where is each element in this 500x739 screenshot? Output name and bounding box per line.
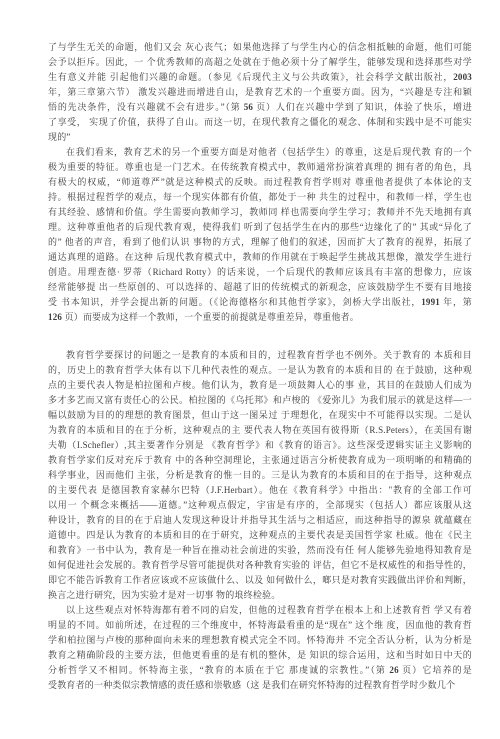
text-line: 即它不能告诉教育工作者应该或不应该做什么、以及 如何做什么，啷只是对教育实践做出… xyxy=(48,573,472,588)
latin-name: J.F.Herbart xyxy=(211,485,253,495)
text-line: 了与学生无关的命题，他们又会 灰心丧气；如果他选择了与学生内心的信念相抵触的命题… xyxy=(48,40,472,55)
page-number-reference: 2003 xyxy=(453,72,472,82)
text-line: 126 页）而要成为这样一个教师，一个重要的前提就是尊重差异，尊重他者。 xyxy=(48,310,472,325)
document-page: 了与学生无关的命题，他们又会 灰心丧气；如果他选择了与学生内心的信念相抵触的命题… xyxy=(0,0,500,739)
text-line: 换言之进行研究，因为实验才是对一切事 物的埌终检验。 xyxy=(48,588,472,603)
text-line: 夫勒（I.Schefler）,其主要著作分别是 《教育哲学》和《教育的语言》。这… xyxy=(48,438,472,453)
text-line: 在我们看来，教育艺术的另一个重要方面是对他者（包括学生）的尊重，这是后现代教 育… xyxy=(48,145,472,160)
text-line: 极为重要的特征。尊重也是一门艺术。在传统教育模式中，教师通常扮演着真理的 拥有者… xyxy=(48,160,472,175)
text-line: 分析哲学又不相同。怀特海主张，“教育的本质在于它 那虔诚的宗教性。”（第 26 … xyxy=(48,663,472,678)
text-line: 有极大的权威，“师道尊严”就是这种模式的反映。而过程教育哲学则对 尊重他者提供了… xyxy=(48,175,472,190)
text-line: 持。根据过程哲学的观点，每一个现实体都有价值，都处于一种 共生的过程中，和教师一… xyxy=(48,190,472,205)
text-line: 生有意义并能 引起他们兴趣的命题。（参见《后现代主义与公共政策》，社会科学文献出… xyxy=(48,70,472,85)
paragraph: 以上这些观点对怀特海都有着不同的启发，但他的过程教育哲学在根本上和上述教育哲 学… xyxy=(48,603,472,693)
paragraph: 了与学生无关的命题，他们又会 灰心丧气；如果他选择了与学生内心的信念相抵触的命题… xyxy=(48,40,472,145)
text-line: 受 书本知识，并学会提出新的问题。（《论海德格尔和其他哲学家》，剑桥大学出版社，… xyxy=(48,295,472,310)
text-line: 创造。用理查德· 罗蒂（Richard Rotty）的话来说，一个后现代的教师应… xyxy=(48,265,472,280)
page-number-reference: 1991 xyxy=(421,297,440,307)
latin-name: Richard Rotty xyxy=(153,267,207,277)
text-line: 通达真理的道路。在这种 后现代教育模式中，教师的作用就在于唤起学生挑战其想像，激… xyxy=(48,250,472,265)
text-line: 受教育者的一种类似宗教情感的责任感和崇敬感（这 是我们在研究怀特海的过程教育哲学… xyxy=(48,678,472,693)
latin-name: I.Schefler xyxy=(77,440,114,450)
text-line: 有其经验、感情和价值。学生需要向教师学习，教师同 样也需要向学生学习；教师并不先… xyxy=(48,205,472,220)
text-line: 教育之精确阶段的主要方法，但他更看重的是有机的整休，是 知识的综合运用，这和当时… xyxy=(48,648,472,663)
text-line: 多才多艺而又富有责任心的公民。柏拉图的《乌托邦》和卢梭的 《爱弥儿》为我们展示的… xyxy=(48,393,472,408)
text-line: 点的主要代表人物是柏拉图和卢梭。他们认为，教育是一项鼓舞人心的事 业，其目的在鼓… xyxy=(48,378,472,393)
text-line: 的，历史上的教育哲学大体有以下几种代表性的观点。一是认为教育的本质和目的 在于鼓… xyxy=(48,363,472,378)
paragraph: 在我们看来，教育艺术的另一个重要方面是对他者（包括学生）的尊重，这是后现代教 育… xyxy=(48,145,472,325)
text-line: 悟的先决条件，没有兴趣就不会有进步。”（第 56 页）人们在兴趣中学到了知识，体… xyxy=(48,100,472,115)
paragraph: 教育哲学要探讨的问题之一是教育的本质和目的，过程教育哲学也不例外。关于教育的 本… xyxy=(48,348,472,603)
text-line: 学和柏拉图与卢梭的那种面向未来的理想教育模式完全不同。怀特海并 不完全否认分析，… xyxy=(48,633,472,648)
text-line: 现的” xyxy=(48,130,472,145)
text-line: 种设计，教育的目的在于启迪人发现这种设计并指导其生活与之相适应，而这种指导的源泉… xyxy=(48,513,472,528)
text-line: 如何促进社会发展的。教育哲学尽管可能提供对各种教育实验的 评估，但它不是权威性的… xyxy=(48,558,472,573)
text-line: 教育哲学要探讨的问题之一是教育的本质和目的，过程教育哲学也不例外。关于教育的 本… xyxy=(48,348,472,363)
latin-name: R.S.Peters xyxy=(369,425,409,435)
text-line: 理。这种尊重他者的后现代教育观，使得我们 听到了包括学生在内的那些“边缘化了的”… xyxy=(48,220,472,235)
text-line: 和教育》一书中认为，教育是一种旨在推动社会前进的实验，然而没有任 何人能够先验地… xyxy=(48,543,472,558)
text-line: 经常能够提 出一些原创的、可以选择的、超越了旧的传统模式的新观念，应该鼓励学生不… xyxy=(48,280,472,295)
text-line: 以用一 个概念来概括——道德。”这种观点假定，宇宙是有序的，全部现实（包括人）都… xyxy=(48,498,472,513)
text-line: 为教育的本质和目的在于分析，这种观点的主 要代表人物在英国有彼得斯（R.S.Pe… xyxy=(48,423,472,438)
text-line: 幅以鼓励为目的的理想的教育图景，但山于这一图呆过 于理想化，在现实中不可能得以实… xyxy=(48,408,472,423)
page-number-reference: 126 xyxy=(48,312,62,322)
text-line: 年，第三章第六节） 激发兴趣进而增进自山，是教育艺术的一个重要方面。因为，“兴趣… xyxy=(48,85,472,100)
page-number-reference: 56 xyxy=(244,102,253,112)
text-line: 的” 他者的声音，看到了他们认识 事物的方式，理解了他们的叙述，因而扩大了教育的… xyxy=(48,235,472,250)
text-line: 的主要代表 是德国教育家赫尔巴特（J.F.Herbart）。他在《教育科学》中指… xyxy=(48,483,472,498)
text-line: 道德中。四是认为教育的本质和目的在于研究，这种观点的主要代表是美国哲学家 杜威。… xyxy=(48,528,472,543)
page-number-reference: 26 xyxy=(389,665,398,675)
text-line: 科学事业，因而他们 主张，分析是教育的惟一目的。三是认为教育的本质和目的在于指导… xyxy=(48,468,472,483)
text-line: 教育哲学家们反对充斥于教育 中的各种空洞理论，主张通过语言分析使教育成为一项明晰… xyxy=(48,453,472,468)
text-line: 会予以拒斥。因此，一 个优秀教师的高超之处就在于他必须十分了解学生，能够发现和选… xyxy=(48,55,472,70)
text-line: 明显的不同。如前所述，在过程的三个维度中，怀特海最看重的是“现在” 这个维 度，… xyxy=(48,618,472,633)
text-line: 以上这些观点对怀特海都有着不同的启发，但他的过程教育哲学在根本上和上述教育哲 学… xyxy=(48,603,472,618)
text-line: 了享受， 实现了价值，获得了自山。而这一切，在现代教育之僵化的观念、体制和实践中… xyxy=(48,115,472,130)
document-text: 了与学生无关的命题，他们又会 灰心丧气；如果他选择了与学生内心的信念相抵触的命题… xyxy=(48,40,472,693)
